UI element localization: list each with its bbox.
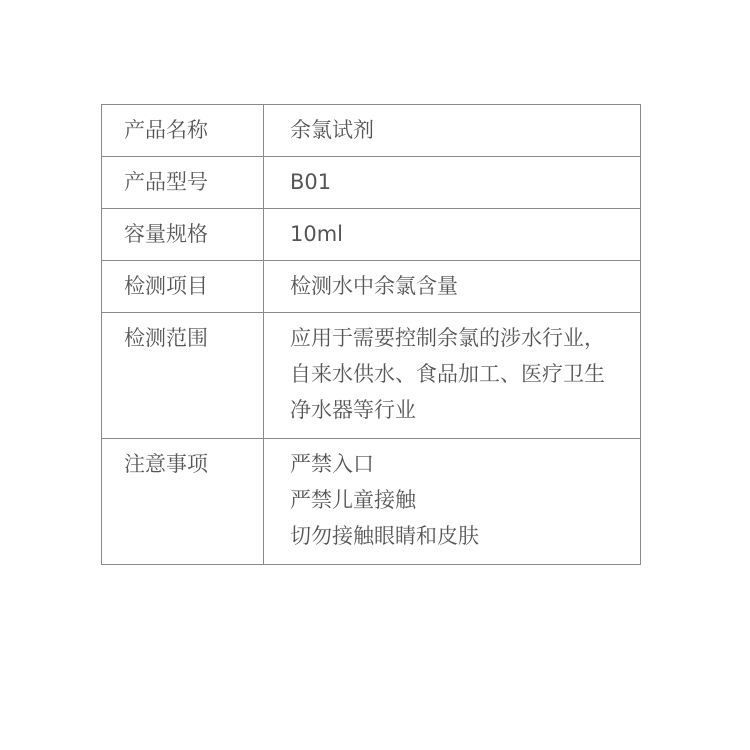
row-label: 产品型号 — [102, 157, 264, 209]
row-value: 10ml — [264, 209, 641, 261]
table-row: 产品名称 余氯试剂 — [102, 105, 641, 157]
table-row: 检测范围 应用于需要控制余氯的涉水行业， 自来水供水、食品加工、医疗卫生 净水器… — [102, 313, 641, 439]
row-label: 容量规格 — [102, 209, 264, 261]
row-value: 余氯试剂 — [264, 105, 641, 157]
row-label: 注意事项 — [102, 439, 264, 565]
row-label: 检测项目 — [102, 261, 264, 313]
table-row: 容量规格 10ml — [102, 209, 641, 261]
row-value: B01 — [264, 157, 641, 209]
row-value: 检测水中余氯含量 — [264, 261, 641, 313]
table-row: 检测项目 检测水中余氯含量 — [102, 261, 641, 313]
table-row: 注意事项 严禁入口 严禁儿童接触 切勿接触眼睛和皮肤 — [102, 439, 641, 565]
row-label: 检测范围 — [102, 313, 264, 439]
row-value: 严禁入口 严禁儿童接触 切勿接触眼睛和皮肤 — [264, 439, 641, 565]
product-spec-table: 产品名称 余氯试剂 产品型号 B01 容量规格 10ml 检测项目 检测水中余氯… — [101, 104, 641, 565]
table-row: 产品型号 B01 — [102, 157, 641, 209]
row-label: 产品名称 — [102, 105, 264, 157]
row-value: 应用于需要控制余氯的涉水行业， 自来水供水、食品加工、医疗卫生 净水器等行业 — [264, 313, 641, 439]
